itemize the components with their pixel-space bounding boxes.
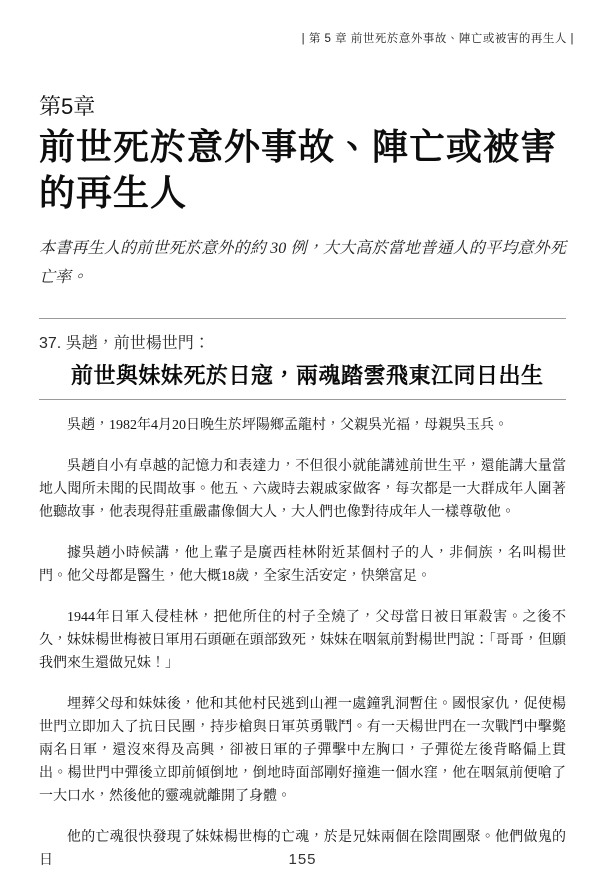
paragraph-4: 1944年日軍入侵桂林，把他所住的村子全燒了，父母當日被日軍殺害。之後不久，妹妹…: [39, 606, 566, 675]
page-number: 155: [0, 851, 605, 868]
paragraph-5: 埋葬父母和妹妹後，他和其他村民逃到山裡一處鐘乳洞暫住。國恨家仇，促使楊世門立即加…: [39, 693, 566, 808]
chapter-title-line1: 前世死於意外事故、陣亡或被害: [39, 127, 557, 167]
chapter-title-line2: 的再生人: [39, 173, 187, 213]
body-text: 吳趙，1982年4月20日晚生於坪陽鄉孟龍村，父親吳光福，母親吳玉兵。 吳趙自小…: [39, 414, 566, 872]
running-header: | 第 5 章 前世死於意外事故、陣亡或被害的再生人 |: [39, 30, 574, 46]
section-divider-bottom: [39, 399, 566, 400]
section-subtitle: 前世與妹妹死於日寇，兩魂踏雲飛東江同日出生: [71, 359, 566, 390]
chapter-label: 第5章: [39, 90, 566, 121]
paragraph-3: 據吳趙小時候講，他上輩子是廣西桂林附近某個村子的人，非侗族，名叫楊世門。他父母都…: [39, 542, 566, 588]
paragraph-1: 吳趙，1982年4月20日晚生於坪陽鄉孟龍村，父親吳光福，母親吳玉兵。: [39, 414, 566, 437]
paragraph-2: 吳趙自小有卓越的記憶力和表達力，不但很小就能講述前世生平，還能講大量當地人聞所未…: [39, 455, 566, 524]
chapter-intro: 本書再生人的前世死於意外的約 30 例，大大高於當地普通人的平均意外死亡率。: [39, 234, 566, 292]
section-heading: 37. 吳趙，前世楊世門：: [39, 330, 566, 353]
section-divider-top: [39, 318, 566, 319]
chapter-title: 前世死於意外事故、陣亡或被害 的再生人: [39, 124, 566, 216]
book-page: | 第 5 章 前世死於意外事故、陣亡或被害的再生人 | 第5章 前世死於意外事…: [0, 0, 605, 896]
